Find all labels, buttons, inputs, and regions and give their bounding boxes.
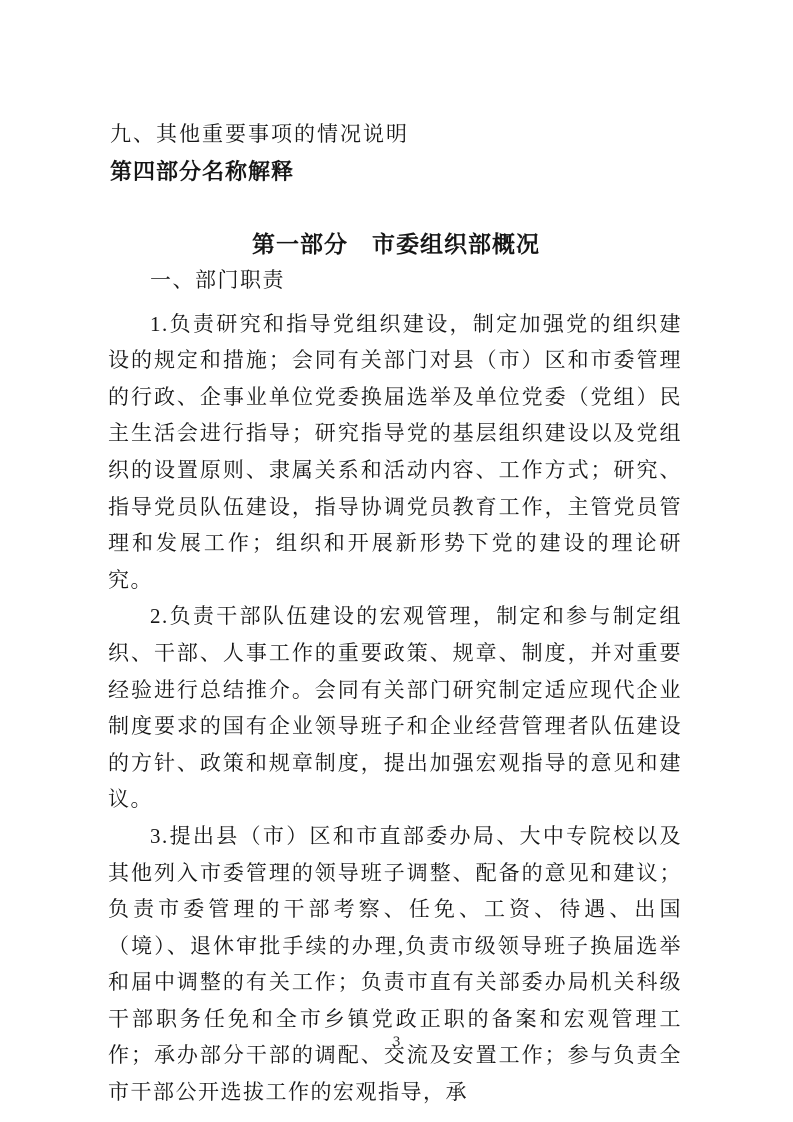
- prelude-item-nine: 九、其他重要事项的情况说明: [110, 118, 409, 150]
- paragraph-3: 3.提出县（市）区和市直部委办局、大中专院校以及其他列入市委管理的领导班子调整、…: [108, 818, 682, 1111]
- part-one-title: 第一部分 市委组织部概况: [108, 228, 684, 260]
- subsection-heading: 一、部门职责: [108, 262, 682, 299]
- part-four-heading: 第四部分名称解释: [110, 156, 294, 188]
- paragraph-1: 1.负责研究和指导党组织建设，制定加强党的组织建设的规定和措施；会同有关部门对县…: [108, 306, 682, 599]
- paragraph-2: 2.负责干部队伍建设的宏观管理，制定和参与制定组织、干部、人事工作的重要政策、规…: [108, 598, 682, 818]
- body-text-block: 一、部门职责 1.负责研究和指导党组织建设，制定加强党的组织建设的规定和措施；会…: [108, 262, 682, 1111]
- page-number: 3: [0, 1034, 793, 1051]
- document-page: 九、其他重要事项的情况说明 第四部分名称解释 第一部分 市委组织部概况 一、部门…: [0, 0, 793, 1122]
